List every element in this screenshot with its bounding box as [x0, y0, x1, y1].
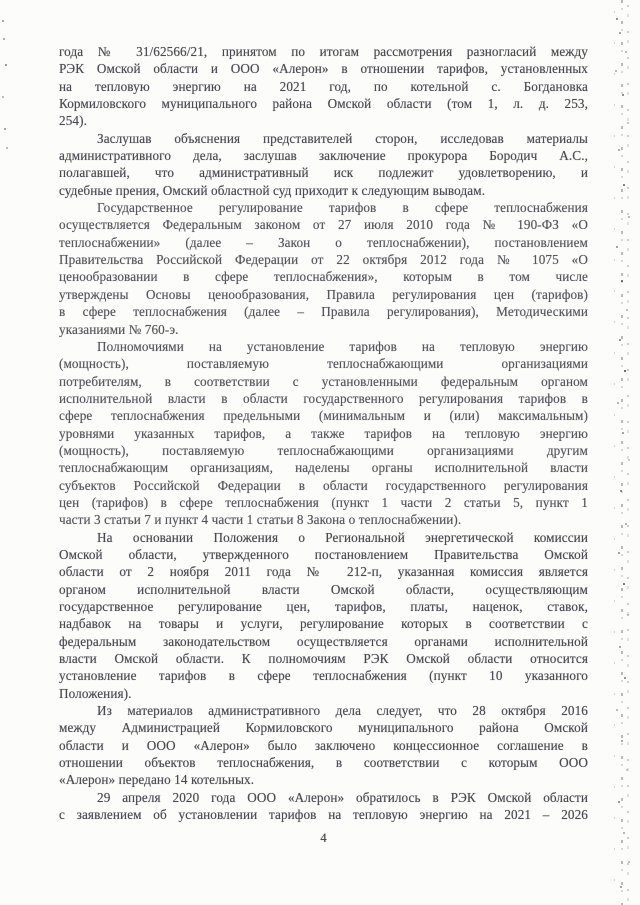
text-line: отношении объектов теплоснабжения, в соо… [59, 754, 588, 771]
text-line: ценообразовании в сфере теплоснабжения»,… [59, 268, 588, 285]
text-line: На основании Положения о Региональной эн… [59, 529, 588, 546]
scan-speckles-right [616, 18, 618, 20]
page-number: 4 [59, 831, 588, 846]
paragraph: Из материалов административного дела сле… [59, 702, 588, 789]
document-body: года № 31/62566/21, принятом по итогам р… [59, 43, 588, 823]
text-line: установление тарифов в сфере теплоснабже… [59, 667, 588, 684]
text-line: (мощность), поставляемую теплоснабжающим… [59, 442, 588, 459]
text-line: Из материалов административного дела сле… [59, 702, 588, 719]
text-line: на тепловую энергию на 2021 год, по коте… [59, 78, 588, 95]
text-line: части 3 статьи 7 и пункт 4 части 1 стать… [59, 511, 588, 528]
text-line: уровнями указанных тарифов, а также тари… [59, 425, 588, 442]
text-line: в сфере теплоснабжения (далее – Правила … [59, 303, 588, 320]
paragraph: Заслушав объяснения представителей сторо… [59, 130, 588, 199]
text-line: цен (тарифов) в сфере теплоснабжения (пу… [59, 494, 588, 511]
text-line: осуществляется Федеральным законом от 27… [59, 216, 588, 233]
text-line: теплоснабжении» (далее – Закон о теплосн… [59, 234, 588, 251]
text-line: Заслушав объяснения представителей сторо… [59, 130, 588, 147]
text-line: утверждены Основы ценообразования, Прави… [59, 286, 588, 303]
text-line: Полномочиями на установление тарифов на … [59, 338, 588, 355]
text-line: между Администрацией Кормиловского муниц… [59, 719, 588, 736]
text-line: «Алерон» передано 14 котельных. [59, 771, 588, 788]
text-line: Омской области, утвержденного постановле… [59, 546, 588, 563]
text-line: федеральным законодательством осуществля… [59, 633, 588, 650]
scan-noise-band [627, 0, 629, 905]
text-line: Кормиловского муниципального района Омск… [59, 95, 588, 112]
text-line: надбавок на товары и услуги, регулирован… [59, 615, 588, 632]
paragraph: года № 31/62566/21, принятом по итогам р… [59, 43, 588, 130]
scan-speckles-left [2, 20, 4, 22]
text-line: полагавшей, что административный иск под… [59, 164, 588, 181]
scanned-document-page: года № 31/62566/21, принятом по итогам р… [0, 0, 640, 905]
paragraph: Государственное регулирование тарифов в … [59, 199, 588, 338]
paragraph: 29 апреля 2020 года ООО «Алерон» обратил… [59, 789, 588, 824]
text-line: Государственное регулирование тарифов в … [59, 199, 588, 216]
text-line: РЭК Омской области и ООО «Алерон» в отно… [59, 60, 588, 77]
text-line: Правительства Российской Федерации от 22… [59, 251, 588, 268]
paragraph: Полномочиями на установление тарифов на … [59, 338, 588, 529]
text-line: судебные прения, Омский областной суд пр… [59, 182, 588, 199]
text-line: сфере теплоснабжения предельными (минима… [59, 407, 588, 424]
text-line: года № 31/62566/21, принятом по итогам р… [59, 43, 588, 60]
text-line: Положения). [59, 685, 588, 702]
text-line: 254). [59, 112, 588, 129]
text-line: потребителям, в соответствии с установле… [59, 373, 588, 390]
paragraph: На основании Положения о Региональной эн… [59, 529, 588, 702]
text-line: области от 2 ноября 2011 года № 212-п, у… [59, 563, 588, 580]
text-line: государственное регулирование цен, тариф… [59, 598, 588, 615]
scan-noise-band [621, 0, 623, 905]
text-line: административного дела, заслушав заключе… [59, 147, 588, 164]
text-line: власти Омской области. К полномочиям РЭК… [59, 650, 588, 667]
text-line: указаниями № 760-э. [59, 321, 588, 338]
text-line: органом исполнительной власти Омской обл… [59, 581, 588, 598]
text-line: теплоснабжающим организациям, наделены о… [59, 459, 588, 476]
text-line: области и ООО «Алерон» было заключено ко… [59, 737, 588, 754]
text-line: (мощность), поставляемую теплоснабжающим… [59, 355, 588, 372]
scan-noise-band [614, 0, 615, 905]
text-line: исполнительной власти в области государс… [59, 390, 588, 407]
text-line: субъектов Российской Федерации в области… [59, 477, 588, 494]
text-line: с заявлением об установлении тарифов на … [59, 806, 588, 823]
text-line: 29 апреля 2020 года ООО «Алерон» обратил… [59, 789, 588, 806]
